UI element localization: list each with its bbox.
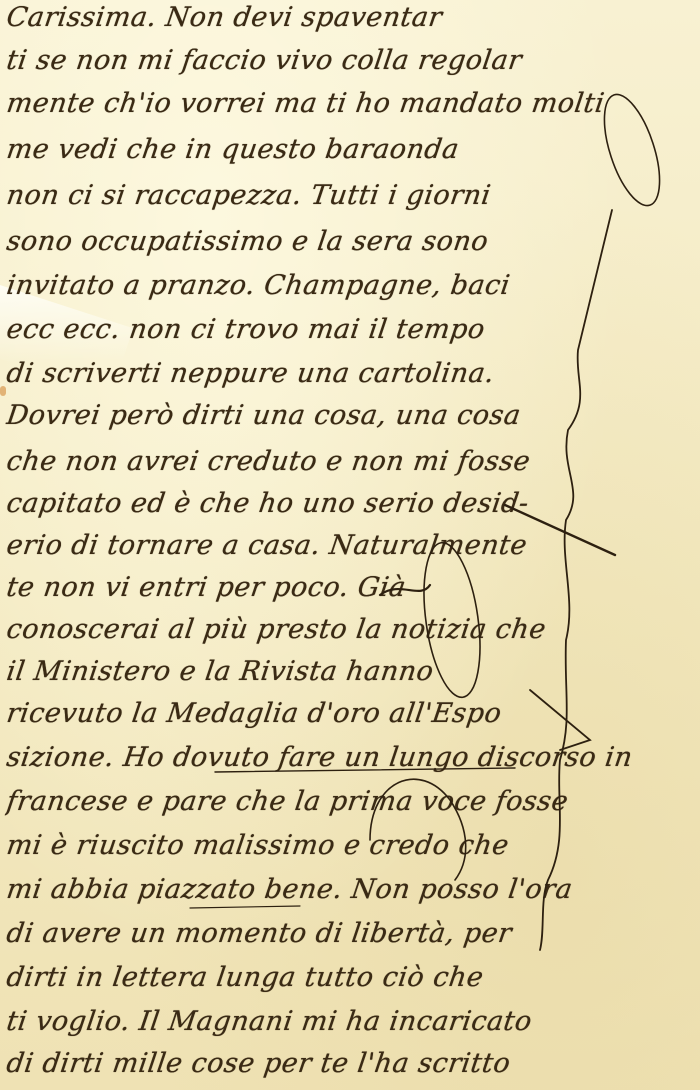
- letter-line: che non avrei creduto e non mi fosse: [3, 446, 700, 488]
- letter-line: di avere un momento di libertà, per: [3, 918, 700, 960]
- letter-line: il Ministero e la Rivista hanno: [3, 656, 700, 698]
- letter-line: Carissima. Non devi spaventar: [3, 2, 700, 44]
- letter-line: dirti in lettera lunga tutto ciò che: [3, 962, 700, 1004]
- letter-line: di dirti mille cose per te l'ha scritto: [3, 1048, 700, 1090]
- letter-line: sono occupatissimo e la sera sono: [3, 226, 700, 268]
- letter-line: non ci si raccapezza. Tutti i giorni: [3, 180, 700, 222]
- letter-line: mi è riuscito malissimo e credo che: [3, 830, 700, 872]
- letter-line: te non vi entri per poco. Già: [3, 572, 700, 614]
- letter-line: ti voglio. Il Magnani mi ha incaricato: [3, 1006, 700, 1048]
- letter-line: invitato a pranzo. Champagne, baci: [3, 270, 700, 312]
- letter-line: ricevuto la Medaglia d'oro all'Espo: [3, 698, 700, 740]
- letter-line: mi abbia piazzato bene. Non posso l'ora: [3, 874, 700, 916]
- letter-line: conoscerai al più presto la notizia che: [3, 614, 700, 656]
- letter-line: ti se non mi faccio vivo colla regolar: [3, 45, 700, 87]
- letter-line: me vedi che in questo baraonda: [3, 134, 700, 176]
- letter-line: di scriverti neppure una cartolina.: [3, 358, 700, 400]
- letter-line: sizione. Ho dovuto fare un lungo discors…: [3, 742, 700, 784]
- letter-line: francese e pare che la prima voce fosse: [3, 786, 700, 828]
- letter-line: capitato ed è che ho uno serio desid-: [3, 488, 700, 530]
- letter-line: Dovrei però dirti una cosa, una cosa: [3, 400, 700, 442]
- letter-line: mente ch'io vorrei ma ti ho mandato molt…: [3, 88, 700, 130]
- letter-line: ecc ecc. non ci trovo mai il tempo: [3, 314, 700, 356]
- letter-page: Carissima. Non devi spaventar ti se non …: [0, 0, 700, 1090]
- letter-line: erio di tornare a casa. Naturalmente: [3, 530, 700, 572]
